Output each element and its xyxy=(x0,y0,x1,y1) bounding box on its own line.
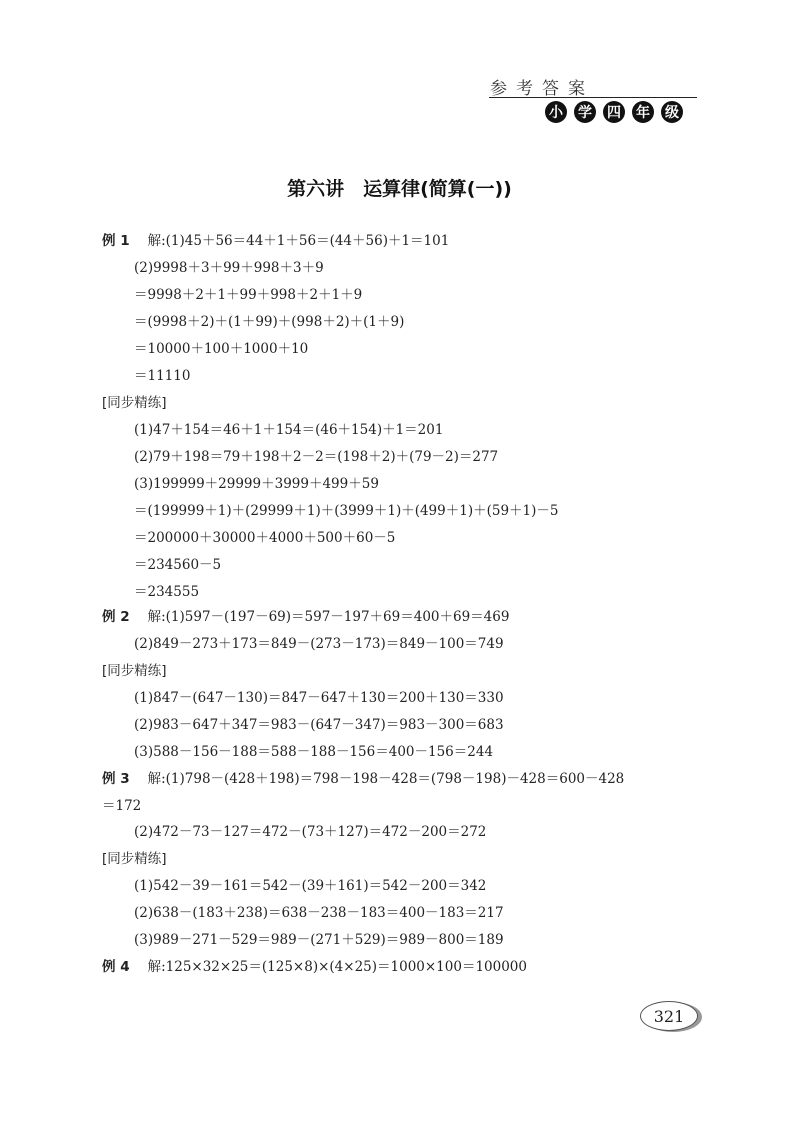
example-line: 例 1解:(1)45＋56＝44＋1＋56＝(44＋56)＋1＝101 xyxy=(102,229,449,249)
solution-text: 解:(1)597－(197－69)＝597－197＋69＝400＋69＝469 xyxy=(148,609,510,625)
header-section-title: 参考答案 xyxy=(490,74,594,99)
grade-char-badge: 级 xyxy=(661,101,683,123)
solution-line: (1)847－(647－130)＝847－647＋130＝200＋130＝330 xyxy=(134,686,504,706)
solution-line: ＝10000＋100＋1000＋10 xyxy=(134,337,308,357)
section-heading: [同步精练] xyxy=(102,847,167,867)
solution-line: (2)79＋198＝79＋198＋2－2＝(198＋2)＋(79－2)＝277 xyxy=(134,445,498,465)
section-heading: [同步精练] xyxy=(102,391,167,411)
grade-char-badge: 年 xyxy=(632,101,654,123)
solution-line: (2)849－273＋173＝849－(273－173)＝849－100＝749 xyxy=(134,632,504,652)
example-line: 例 2解:(1)597－(197－69)＝597－197＋69＝400＋69＝4… xyxy=(102,605,509,625)
solution-line: (2)472－73－127＝472－(73＋127)＝472－200＝272 xyxy=(134,820,486,840)
solution-text: 解:(1)798－(428＋198)＝798－198－428＝(798－198)… xyxy=(148,771,625,787)
example-label: 例 2 xyxy=(102,609,130,625)
header-divider xyxy=(489,97,697,98)
example-label: 例 1 xyxy=(102,233,130,249)
solution-line: ＝(199999＋1)＋(29999＋1)＋(3999＋1)＋(499＋1)＋(… xyxy=(134,499,559,519)
page-title: 第六讲 运算律(简算(一)) xyxy=(0,174,799,201)
grade-char-badge: 学 xyxy=(574,101,596,123)
solution-text: 解:(1)45＋56＝44＋1＋56＝(44＋56)＋1＝101 xyxy=(148,233,450,249)
grade-char-badge: 四 xyxy=(603,101,625,123)
solution-line: ＝234555 xyxy=(134,580,199,600)
example-line: 例 3解:(1)798－(428＋198)＝798－198－428＝(798－1… xyxy=(102,767,624,787)
page-number: 321 xyxy=(640,1001,698,1031)
solution-line: (2)983－647＋347＝983－(647－347)＝983－300＝683 xyxy=(134,713,504,733)
solution-line: ＝234560－5 xyxy=(134,553,221,573)
solution-line: (2)638－(183＋238)＝638－238－183＝400－183＝217 xyxy=(134,901,504,921)
header-grade-badges: 小 学 四 年 级 xyxy=(545,101,683,123)
solution-line: ＝11110 xyxy=(134,364,190,384)
section-heading: [同步精练] xyxy=(102,659,167,679)
solution-line: (1)542－39－161＝542－(39＋161)＝542－200＝342 xyxy=(134,874,486,894)
solution-line: (3)588－156－188＝588－188－156＝400－156＝244 xyxy=(134,740,493,760)
grade-char-badge: 小 xyxy=(545,101,567,123)
example-line: 例 4解:125×32×25＝(125×8)×(4×25)＝1000×100＝1… xyxy=(102,955,527,975)
solution-line: ＝(9998＋2)＋(1＋99)＋(998＋2)＋(1＋9) xyxy=(134,310,404,330)
solution-line: ＝9998＋2＋1＋99＋998＋2＋1＋9 xyxy=(134,283,362,303)
solution-line: (1)47＋154＝46＋1＋154＝(46＋154)＋1＝201 xyxy=(134,418,443,438)
solution-line: (3)989－271－529＝989－(271＋529)＝989－800＝189 xyxy=(134,928,504,948)
example-label: 例 3 xyxy=(102,771,130,787)
solution-line: (3)199999＋29999＋3999＋499＋59 xyxy=(134,472,379,492)
solution-line: (2)9998＋3＋99＋998＋3＋9 xyxy=(134,256,324,276)
solution-line: ＝200000＋30000＋4000＋500＋60－5 xyxy=(134,526,395,546)
solution-text: 解:125×32×25＝(125×8)×(4×25)＝1000×100＝1000… xyxy=(148,959,527,975)
example-label: 例 4 xyxy=(102,959,130,975)
solution-line: ＝172 xyxy=(102,794,141,814)
